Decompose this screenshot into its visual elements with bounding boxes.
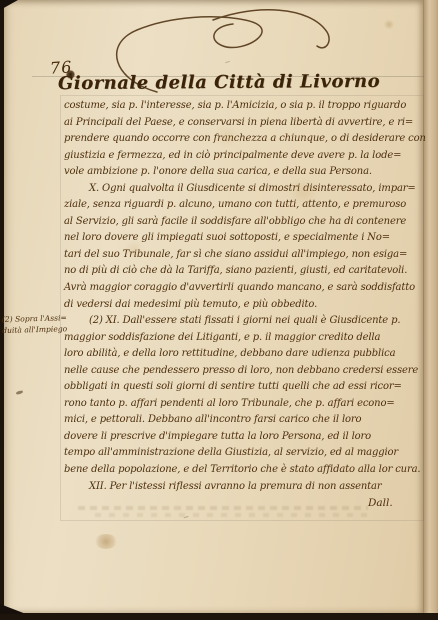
manuscript-line: nel loro dovere gli impiegati suoi sotto… [64,230,424,247]
margin-note-line: duità all'Impiego [2,324,76,336]
manuscript-line: al Servizio, gli sarà facile il soddisfa… [64,214,424,231]
manuscript-line: nelle cause che pendessero presso di lor… [64,363,424,380]
body-text: costume, sia p. l'interesse, sia p. l'Am… [64,98,424,495]
manuscript-line: prendere quando occorre con franchezza a… [64,131,424,148]
paper-stain [124,242,144,257]
manuscript-line: tari del suo Tribunale, far sì che siano… [64,247,424,264]
manuscript-line: obbligati in questi soli giorni di senti… [64,379,424,396]
photo-corner-shadow [0,604,26,614]
manuscript-line: costume, sia p. l'interesse, sia p. l'Am… [64,98,424,115]
manuscript-line: bene della popolazione, e del Territorio… [64,462,424,479]
paper-stain [214,128,240,144]
paper-stain [94,534,118,549]
manuscript-line: ai Principali del Paese, e conservarsi i… [64,115,424,132]
manuscript-line: X. Ogni qualvolta il Giusdicente si dimo… [64,181,424,198]
paper-stain [383,20,395,29]
manuscript-line: (2) XI. Dall'essere stati fissati i gior… [64,313,424,330]
manuscript-line: ziale, senza riguardi p. alcuno, umano c… [64,197,424,214]
manuscript-line: loro abilità, e della loro rettitudine, … [64,346,424,363]
manuscript-line: tempo all'amministrazione della Giustizi… [64,445,424,462]
manuscript-line: vole ambizione p. l'onore della sua cari… [64,164,424,181]
adjacent-page-edge [423,0,438,613]
margin-note: (2) Sopra l'Assi=duità all'Impiego [2,313,77,336]
ink-showthrough-marks [78,505,368,517]
manuscript-line: Avrà maggior coraggio d'avvertirli quand… [64,280,424,297]
page-title: Giornale della Città di Livorno [0,70,438,94]
manuscript-line: dovere li prescrive d'impiegare tutta la… [64,429,424,446]
manuscript-line: mici, e pettorali. Debbano all'incontro … [64,412,424,429]
manuscript-line: di vedersi dai medesimi più temuto, e pi… [64,297,424,314]
catchword: Dall. [368,497,393,509]
manuscript-line: maggior soddisfazione dei Litiganti, e p… [64,330,424,347]
manuscript-line: XII. Per l'istessi riflessi avranno la p… [64,479,424,496]
manuscript-line: no di più di ciò che dà la Tariffa, sian… [64,263,424,280]
photo-corner-shadow [0,0,18,10]
manuscript-scan: 76 Giornale della Città di Livorno costu… [0,0,438,620]
manuscript-line: giustizia e fermezza, ed in ciò principa… [64,148,424,165]
paper-stain [286,180,320,204]
manuscript-line: rono tanto p. affari pendenti al loro Tr… [64,396,424,413]
